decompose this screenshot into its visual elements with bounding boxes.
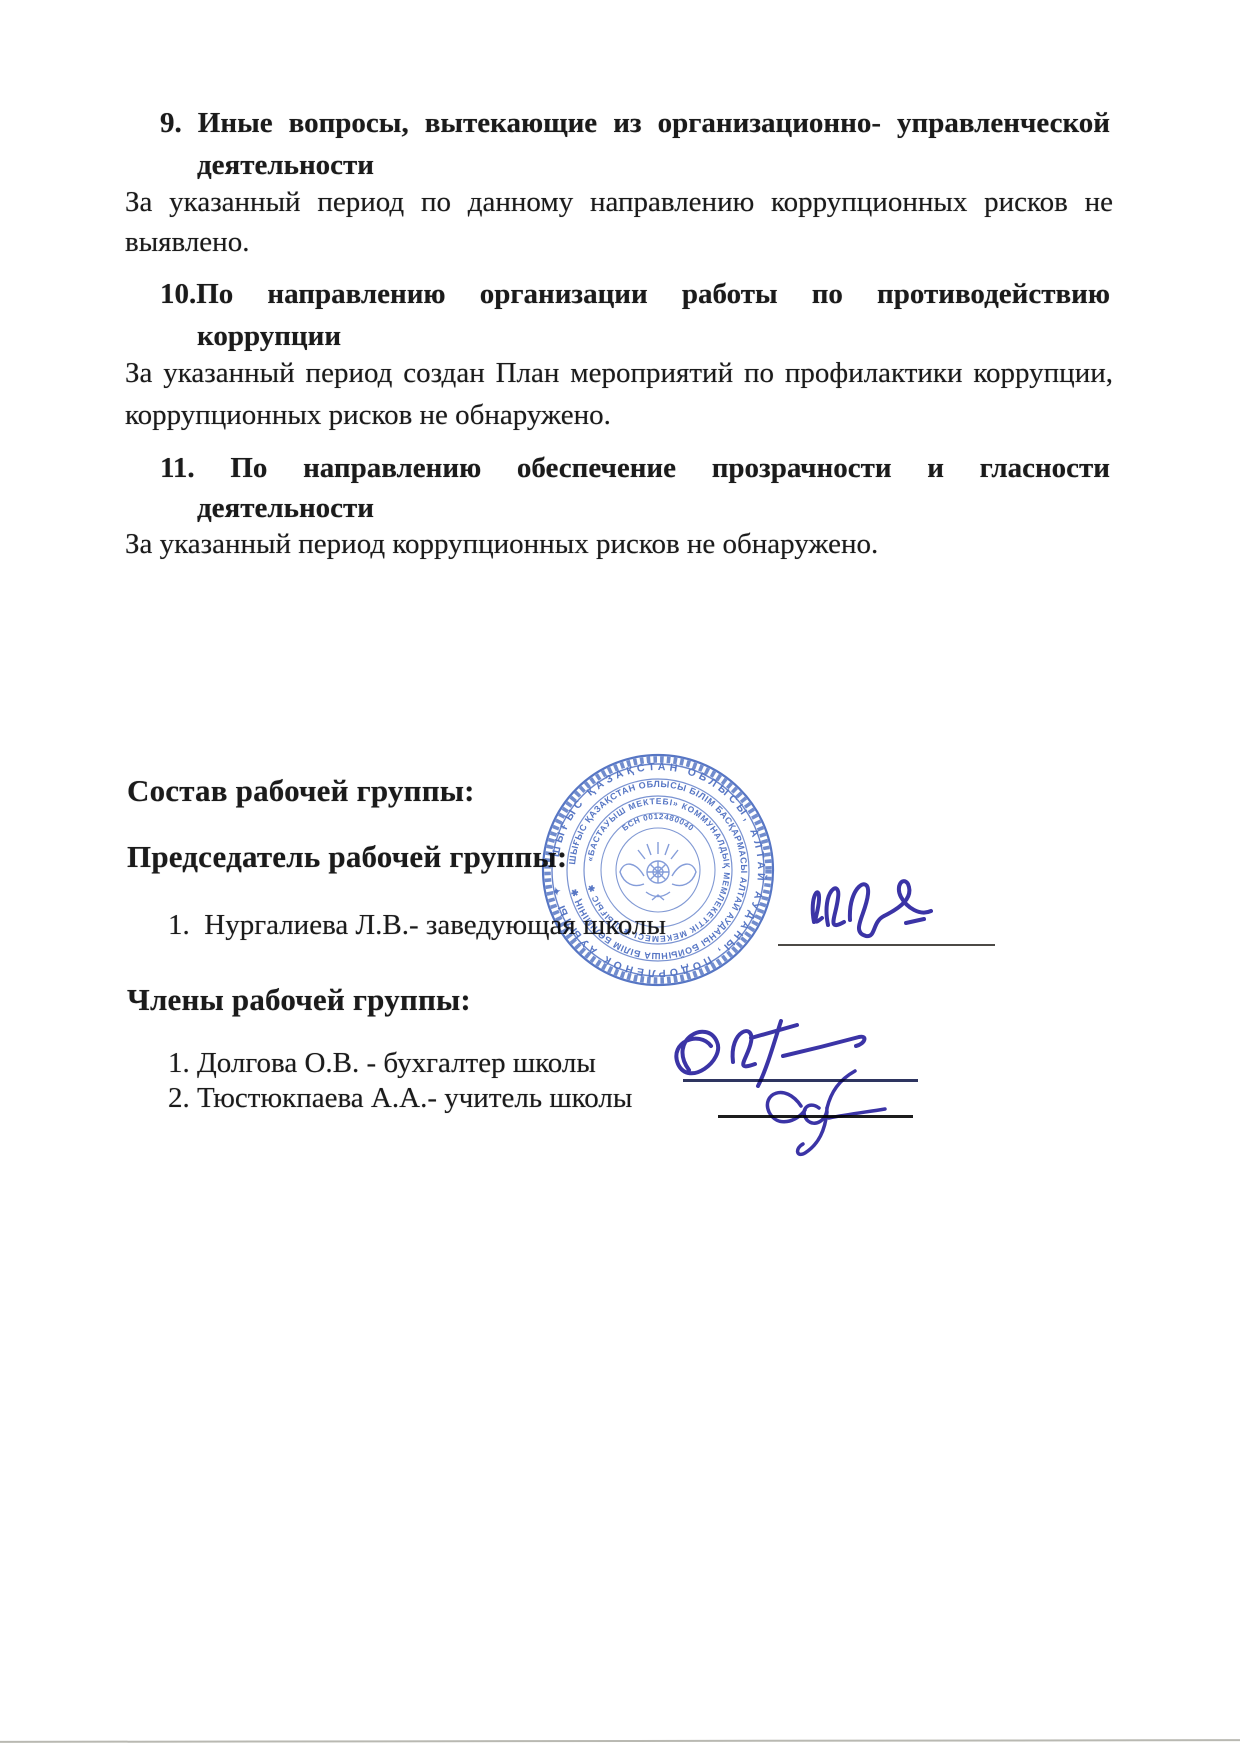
kazakhstan-emblem-icon [620,842,696,900]
section-10-heading-line-1: 10.По направлению организации работы по … [160,275,1110,313]
document-page: 9. Иные вопросы, вытекающие из организац… [0,0,1240,1753]
scan-edge-artifact [0,1739,1240,1743]
member-2-signature-ink [735,1068,905,1160]
official-round-stamp-seal: ШЫҒЫС ҚАЗАҚСТАН ОБЛЫСЫ, АЛТАЙ АУДАНЫ, ПО… [508,720,808,1020]
section-9-body-line-2: выявлено. [125,223,249,261]
working-group-member-item-1: 1. Долгова О.В. - бухгалтер школы [168,1044,596,1082]
section-10-body-line-2: коррупционных рисков не обнаружено. [125,396,611,434]
section-9-heading-line-1: 9. Иные вопросы, вытекающие из организац… [160,104,1110,142]
working-group-chair-heading: Председатель рабочей группы: [127,838,567,876]
section-9-body-line-1: За указанный период по данному направлен… [125,183,1113,221]
section-11-body-line-1: За указанный период коррупционных рисков… [125,525,878,563]
section-10-body-line-1: За указанный период создан План мероприя… [125,354,1113,392]
chair-signature-ink [800,870,945,948]
working-group-member-item-2: 2. Тюстюкпаева А.А.- учитель школы [168,1079,632,1117]
working-group-composition-heading: Состав рабочей группы: [127,772,475,810]
section-10-heading-line-2: коррупции [197,317,341,355]
stamp-bin-number: БСН 0012480040 [620,812,695,833]
section-9-heading-line-2: деятельности [197,146,374,184]
section-11-heading-line-1: 11. По направлению обеспечение прозрачно… [160,449,1110,487]
section-11-heading-line-2: деятельности [197,489,374,527]
stamp-ring-1-text: ШЫҒЫС ҚАЗАҚСТАН ОБЛЫСЫ, АЛТАЙ АУДАНЫ, ПО… [550,761,768,979]
working-group-members-heading: Члены рабочей группы: [127,981,471,1019]
